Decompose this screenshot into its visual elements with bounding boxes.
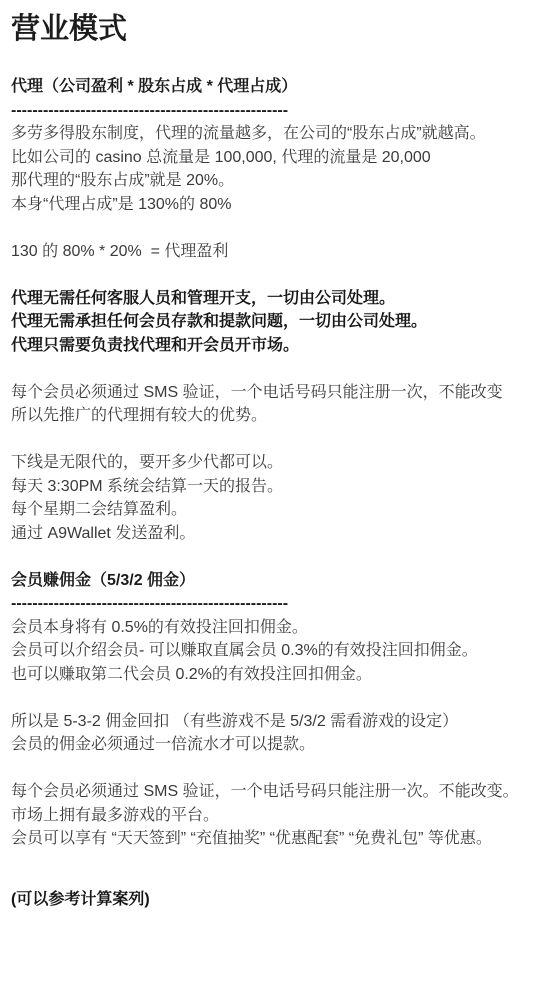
text-line: 多劳多得股东制度，代理的流量越多，在公司的“股东占成”就越高。 bbox=[11, 122, 524, 146]
section-agent-heading: 代理（公司盈利 * 股东占成 * 代理占成） bbox=[11, 75, 524, 99]
paragraph-profit-formula: 130 的 80% * 20% = 代理盈利 bbox=[11, 240, 524, 264]
text-line: 也可以赚取第二代会员 0.2%的有效投注回扣佣金。 bbox=[11, 663, 524, 687]
document-page: 营业模式 代理（公司盈利 * 股东占成 * 代理占成） ------------… bbox=[0, 0, 540, 911]
text-line: 下线是无限代的，要开多少代都可以。 bbox=[11, 451, 524, 475]
text-line: 会员可以享有 “天天签到” “充值抽奖” “优惠配套” “免费礼包” 等优惠。 bbox=[11, 827, 524, 851]
paragraph-member-benefits: 每个会员必须通过 SMS 验证，一个电话号码只能注册一次。不能改变。市场上拥有最… bbox=[11, 780, 524, 851]
section-member-commission: 会员赚佣金（5/3/2 佣金） ------------------------… bbox=[11, 569, 524, 851]
text-line: 本身“代理占成”是 130%的 80% bbox=[11, 193, 524, 217]
text-line: 市场上拥有最多游戏的平台。 bbox=[11, 804, 524, 828]
text-line: 通过 A9Wallet 发送盈利。 bbox=[11, 522, 524, 546]
text-line: 会员的佣金必须通过一倍流水才可以提款。 bbox=[11, 733, 524, 757]
text-line: 每天 3:30PM 系统会结算一天的报告。 bbox=[11, 475, 524, 499]
text-line: 每个会员必须通过 SMS 验证，一个电话号码只能注册一次。不能改变。 bbox=[11, 780, 524, 804]
paragraph-commission-rates: 会员本身将有 0.5%的有效投注回扣佣金。会员可以介绍会员- 可以赚取直属会员 … bbox=[11, 616, 524, 687]
text-line: 所以是 5-3-2 佣金回扣 （有些游戏不是 5/3/2 需看游戏的设定） bbox=[11, 710, 524, 734]
text-line: 那代理的“股东占成”就是 20%。 bbox=[11, 169, 524, 193]
text-line: 代理无需承担任何会员存款和提款问题，一切由公司处理。 bbox=[11, 310, 524, 334]
text-line: 130 的 80% * 20% = 代理盈利 bbox=[11, 240, 524, 264]
section-member-heading: 会员赚佣金（5/3/2 佣金） bbox=[11, 569, 524, 593]
paragraph-agent-no-overhead: 代理无需任何客服人员和管理开支，一切由公司处理。代理无需承担任何会员存款和提款问… bbox=[11, 287, 524, 358]
text-line: 每个会员必须通过 SMS 验证，一个电话号码只能注册一次，不能改变 bbox=[11, 381, 524, 405]
paragraph-settlement-schedule: 下线是无限代的，要开多少代都可以。每天 3:30PM 系统会结算一天的报告。每个… bbox=[11, 451, 524, 545]
text-line: 会员本身将有 0.5%的有效投注回扣佣金。 bbox=[11, 616, 524, 640]
paragraph-sms-verification: 每个会员必须通过 SMS 验证，一个电话号码只能注册一次，不能改变所以先推广的代… bbox=[11, 381, 524, 428]
paragraph-shareholder-system: 多劳多得股东制度，代理的流量越多，在公司的“股东占成”就越高。比如公司的 cas… bbox=[11, 122, 524, 216]
dashed-divider: ----------------------------------------… bbox=[11, 99, 524, 123]
section-agent: 代理（公司盈利 * 股东占成 * 代理占成） -----------------… bbox=[11, 75, 524, 545]
text-line: 比如公司的 casino 总流量是 100,000, 代理的流量是 20,000 bbox=[11, 146, 524, 170]
page-title: 营业模式 bbox=[11, 10, 524, 48]
dashed-divider: ----------------------------------------… bbox=[11, 592, 524, 616]
text-line: 代理无需任何客服人员和管理开支，一切由公司处理。 bbox=[11, 287, 524, 311]
text-line: 所以先推广的代理拥有较大的优势。 bbox=[11, 404, 524, 428]
text-line: 代理只需要负责找代理和开会员开市场。 bbox=[11, 334, 524, 358]
text-line: 会员可以介绍会员- 可以赚取直属会员 0.3%的有效投注回扣佣金。 bbox=[11, 639, 524, 663]
paragraph-commission-rules: 所以是 5-3-2 佣金回扣 （有些游戏不是 5/3/2 需看游戏的设定）会员的… bbox=[11, 710, 524, 757]
text-line: 每个星期二会结算盈利。 bbox=[11, 498, 524, 522]
footnote-note: (可以参考计算案列) bbox=[11, 888, 524, 912]
